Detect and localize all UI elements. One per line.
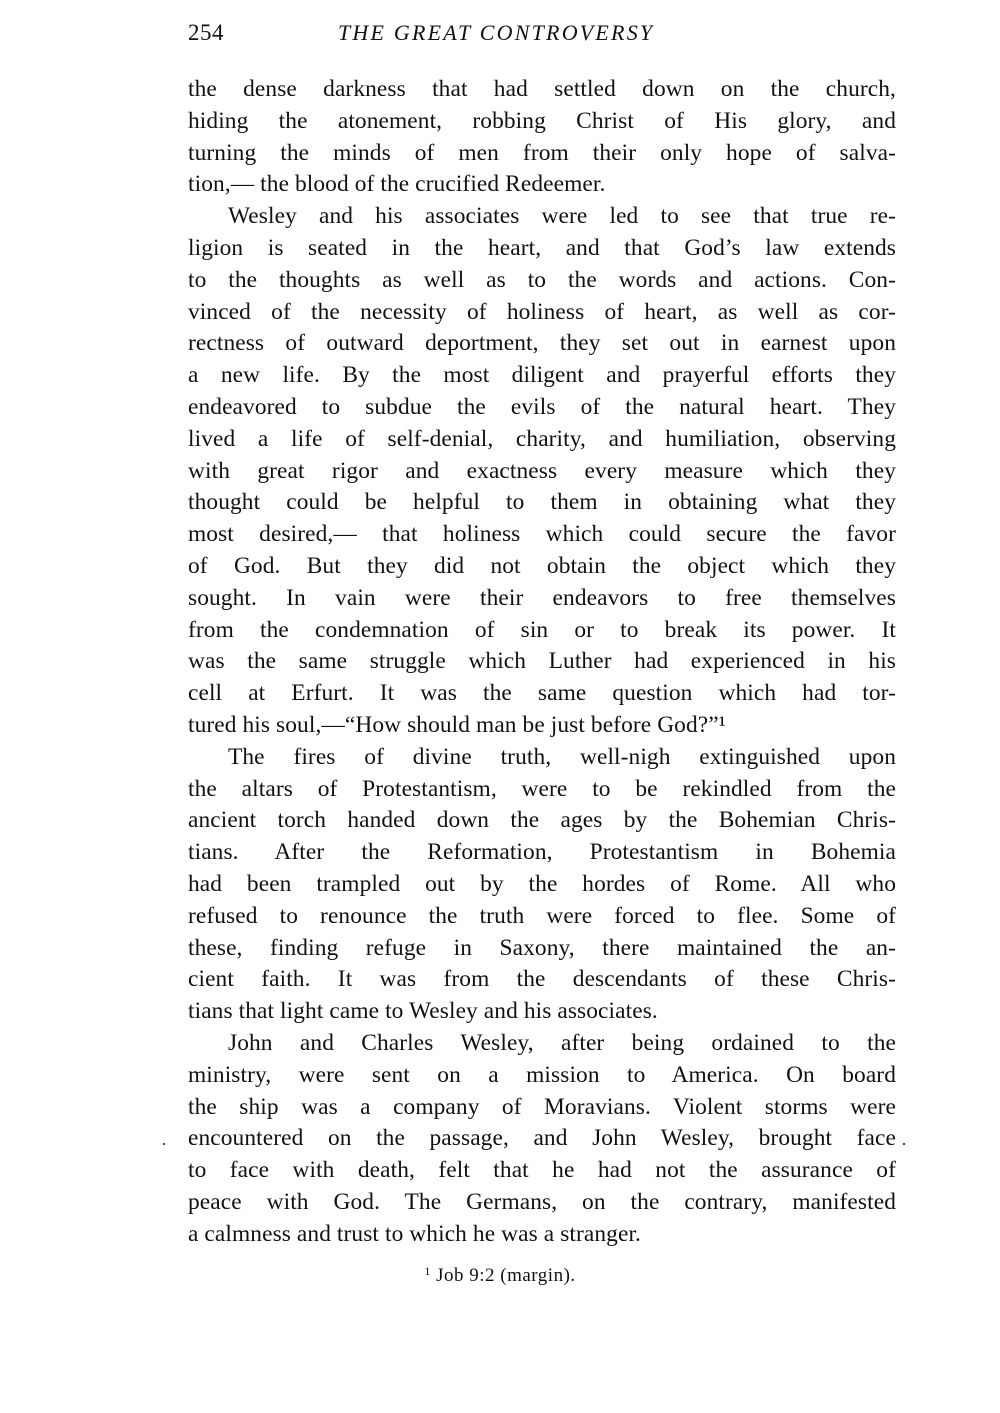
text-line: peace with God. The Germans, on the cont…: [188, 1187, 896, 1219]
text-line: John and Charles Wesley, after being ord…: [188, 1028, 896, 1060]
text-line: refused to renounce the truth were force…: [188, 901, 896, 933]
paragraph: the dense darkness that had settled down…: [188, 74, 896, 201]
page-header: 254 THE GREAT CONTROVERSY: [188, 20, 896, 52]
text-line: to the thoughts as well as to the words …: [188, 265, 896, 297]
text-line: these, finding refuge in Saxony, there m…: [188, 933, 896, 965]
text-line: had been trampled out by the hordes of R…: [188, 869, 896, 901]
body-text: the dense darkness that had settled down…: [188, 74, 896, 1250]
text-line: turning the minds of men from their only…: [188, 138, 896, 170]
footnote: 1 Job 9:2 (margin).: [0, 1264, 1000, 1287]
text-line: cient faith. It was from the descendants…: [188, 964, 896, 996]
text-line: with great rigor and exactness every mea…: [188, 456, 896, 488]
text-line: Wesley and his associates were led to se…: [188, 201, 896, 233]
text-line: cell at Erfurt. It was the same question…: [188, 678, 896, 710]
text-line: most desired,— that holiness which could…: [188, 519, 896, 551]
page-number: 254: [188, 20, 224, 46]
text-line: thought could be helpful to them in obta…: [188, 487, 896, 519]
text-line: tured his soul,—“How should man be just …: [188, 710, 896, 742]
scan-speck: [163, 1143, 165, 1145]
text-line: vinced of the necessity of holiness of h…: [188, 297, 896, 329]
footnote-text: Job 9:2 (margin).: [436, 1265, 576, 1286]
paragraph: Wesley and his associates were led to se…: [188, 201, 896, 742]
text-line: lived a life of self-denial, charity, an…: [188, 424, 896, 456]
text-line: the dense darkness that had settled down…: [188, 74, 896, 106]
paragraph: The fires of divine truth, well-nigh ext…: [188, 742, 896, 1028]
text-line: was the same struggle which Luther had e…: [188, 646, 896, 678]
text-line: of God. But they did not obtain the obje…: [188, 551, 896, 583]
text-line: encountered on the passage, and John Wes…: [188, 1123, 896, 1155]
text-line: sought. In vain were their endeavors to …: [188, 583, 896, 615]
running-title: THE GREAT CONTROVERSY: [338, 20, 654, 46]
text-line: the altars of Protestantism, were to be …: [188, 774, 896, 806]
text-line: a new life. By the most diligent and pra…: [188, 360, 896, 392]
text-line: endeavored to subdue the evils of the na…: [188, 392, 896, 424]
paragraph: John and Charles Wesley, after being ord…: [188, 1028, 896, 1251]
text-line: hiding the atonement, robbing Christ of …: [188, 106, 896, 138]
text-line: tion,— the blood of the crucified Redeem…: [188, 169, 896, 201]
text-line: The fires of divine truth, well-nigh ext…: [188, 742, 896, 774]
text-line: a calmness and trust to which he was a s…: [188, 1219, 896, 1251]
text-line: ancient torch handed down the ages by th…: [188, 805, 896, 837]
text-line: rectness of outward deportment, they set…: [188, 328, 896, 360]
text-line: tians that light came to Wesley and his …: [188, 996, 896, 1028]
text-line: tians. After the Reformation, Protestant…: [188, 837, 896, 869]
text-line: ministry, were sent on a mission to Amer…: [188, 1060, 896, 1092]
footnote-marker: 1: [424, 1264, 431, 1278]
scan-speck: [903, 1143, 905, 1145]
text-line: the ship was a company of Moravians. Vio…: [188, 1092, 896, 1124]
text-line: ligion is seated in the heart, and that …: [188, 233, 896, 265]
text-line: to face with death, felt that he had not…: [188, 1155, 896, 1187]
text-line: from the condemnation of sin or to break…: [188, 615, 896, 647]
